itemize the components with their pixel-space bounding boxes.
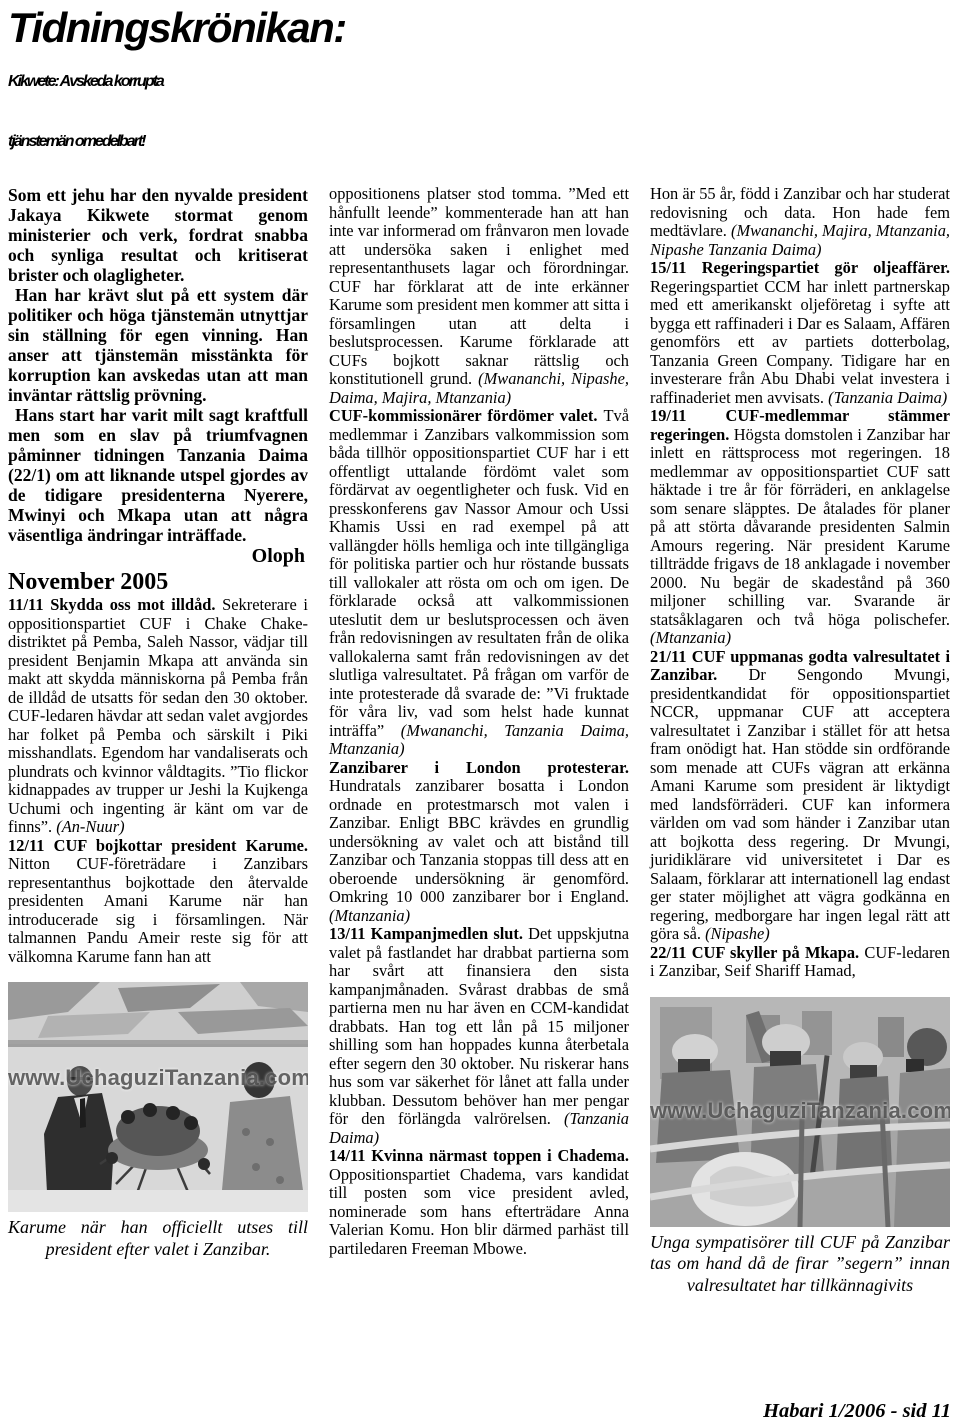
news-photo-figure: www.UchaguziTanzania.comKarume när han o… bbox=[8, 982, 308, 1260]
text-segment-bold: CUF-kommissionärer fördömer valet. bbox=[329, 406, 604, 425]
text-segment-regular: Högsta domstolen i Zanzibar har inlett e… bbox=[650, 425, 950, 629]
text-segment-regular: Oppositionspartiet Chadema, vars kandida… bbox=[329, 1165, 629, 1258]
text-segment-regular: oppositionens platser stod tomma. ”Med e… bbox=[329, 184, 629, 388]
text-segment-regular: Två medlemmar i Zanzibars valkommission … bbox=[329, 406, 629, 740]
text-segment-regular: Nitton CUF-företrädare i Zanzibars repre… bbox=[8, 854, 308, 966]
text-segment-bold: November 2005 bbox=[8, 569, 168, 595]
text-segment-bold: Hans start har varit milt sagt kraftfull… bbox=[8, 405, 308, 545]
news-entry: oppositionens platser stod tomma. ”Med e… bbox=[329, 185, 629, 407]
text-segment-regular: Hundratals zanzibarer bosatta i London o… bbox=[329, 776, 629, 906]
text-segment-bold: 11/11 Skydda oss mot illdåd. bbox=[8, 595, 222, 614]
text-segment-bold: Han har krävt slut på ett system där pol… bbox=[8, 285, 308, 405]
text-segment-bold: Zanzibarer i London protesterar. bbox=[329, 758, 629, 777]
text-segment-bold: 15/11 Regeringspartiet gör oljeaffärer. bbox=[650, 258, 950, 277]
news-entry: Hon är 55 år, född i Zanzibar och har st… bbox=[650, 185, 950, 259]
news-entry: 22/11 CUF skyller på Mkapa. CUF-ledaren … bbox=[650, 944, 950, 981]
lead-paragraph: Som ett jehu har den nyvalde president J… bbox=[8, 185, 308, 285]
lead-paragraph: Han har krävt slut på ett system där pol… bbox=[8, 285, 308, 405]
text-segment-bold: Oloph bbox=[252, 545, 305, 567]
photo-caption: Karume när han officiellt utses till pre… bbox=[8, 1217, 308, 1260]
news-photo-figure: www.UchaguziTanzania.comUnga sympatisöre… bbox=[650, 997, 950, 1297]
article-headline: Kikwete: Avskeda korrupta tjänstemän ome… bbox=[8, 52, 952, 172]
author-byline: Oloph bbox=[8, 545, 308, 568]
news-entry: Zanzibarer i London protesterar. Hundrat… bbox=[329, 759, 629, 926]
text-segment-regular: Det uppskjutna valet på fastlandet har d… bbox=[329, 924, 629, 1128]
news-entry: CUF-kommissionärer fördömer valet. Två m… bbox=[329, 407, 629, 759]
news-entry: 14/11 Kvinna närmast toppen i Chadema. O… bbox=[329, 1147, 629, 1258]
news-entry: 12/11 CUF bojkottar president Karume. Ni… bbox=[8, 837, 308, 967]
text-segment-italic: (Tanzania Daima) bbox=[828, 388, 947, 407]
text-segment-bold: Som ett jehu har den nyvalde president J… bbox=[8, 185, 308, 285]
text-segment-regular: Dr Sengondo Mvungi, presidentkandidat fö… bbox=[650, 665, 950, 943]
headline-line-2: tjänstemän omedelbart! bbox=[8, 133, 144, 150]
masthead: Tidningskrönikan: Kikwete: Avskeda korru… bbox=[0, 0, 960, 172]
text-segment-bold: 12/11 CUF bojkottar president Karume. bbox=[8, 836, 308, 855]
photo-watermark: www.UchaguziTanzania.com bbox=[650, 1098, 950, 1124]
article-kicker: Tidningskrönikan: bbox=[8, 4, 952, 52]
text-segment-italic: (Nipashe) bbox=[705, 924, 770, 943]
text-segment-bold: 14/11 Kvinna närmast toppen i Chadema. bbox=[329, 1146, 629, 1165]
text-segment-bold: 13/11 Kampanjmedlen slut. bbox=[329, 924, 528, 943]
text-segment-regular: Sekreterare i oppositionspartiet CUF i C… bbox=[8, 595, 308, 836]
news-entry: 21/11 CUF uppmanas godta valresultatet i… bbox=[650, 648, 950, 944]
photo-caption: Unga sympatisörer till CUF på Zanzibar t… bbox=[650, 1232, 950, 1297]
news-entry: 11/11 Skydda oss mot illdåd. Sekreterare… bbox=[8, 596, 308, 837]
article-column-2: oppositionens platser stod tomma. ”Med e… bbox=[329, 185, 629, 1258]
newsletter-page: { "masthead": { "kicker": "Tidningskröni… bbox=[0, 0, 960, 1426]
text-segment-italic: (An-Nuur) bbox=[56, 817, 124, 836]
headline-line-1: Kikwete: Avskeda korrupta bbox=[8, 73, 163, 90]
news-entry: 19/11 CUF-medlemmar stämmer regeringen. … bbox=[650, 407, 950, 648]
text-segment-bold: 22/11 CUF skyller på Mkapa. bbox=[650, 943, 864, 962]
soldiers-photo: www.UchaguziTanzania.com bbox=[650, 997, 950, 1227]
month-heading: November 2005 bbox=[8, 568, 308, 596]
text-segment-italic: (Mtanzania) bbox=[650, 628, 731, 647]
news-entry: 13/11 Kampanjmedlen slut. Det uppskjutna… bbox=[329, 925, 629, 1147]
article-column-1: Som ett jehu har den nyvalde president J… bbox=[8, 185, 308, 1260]
podium-photo: www.UchaguziTanzania.com bbox=[8, 982, 308, 1212]
photo-watermark: www.UchaguziTanzania.com bbox=[8, 1065, 308, 1091]
lead-paragraph: Hans start har varit milt sagt kraftfull… bbox=[8, 405, 308, 545]
article-columns: Som ett jehu har den nyvalde president J… bbox=[0, 172, 960, 1296]
news-entry: 15/11 Regeringspartiet gör oljeaffärer. … bbox=[650, 259, 950, 407]
page-footer-label: Habari 1/2006 - sid 11 bbox=[763, 1400, 951, 1423]
article-column-3: Hon är 55 år, född i Zanzibar och har st… bbox=[650, 185, 950, 1296]
text-segment-italic: (Mtanzania) bbox=[329, 906, 410, 925]
